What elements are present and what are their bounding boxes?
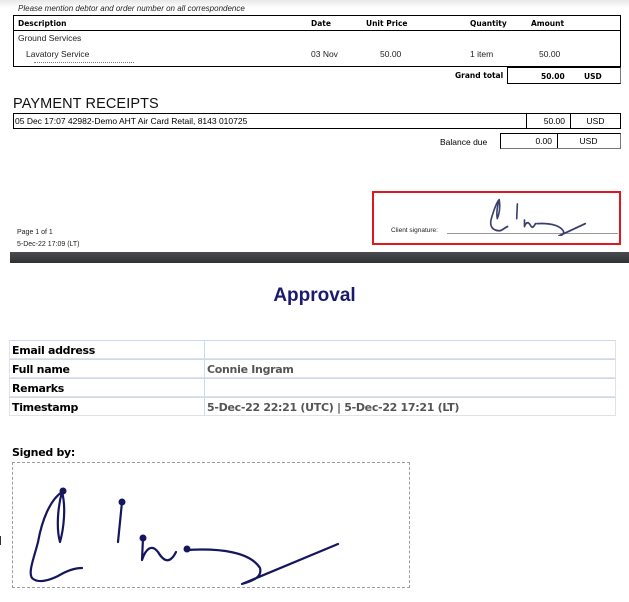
approval-row-email: Email address xyxy=(9,340,616,359)
row-amount: 50.00 xyxy=(539,49,560,59)
row-unit-price: 50.00 xyxy=(380,49,401,59)
cell-divider xyxy=(204,397,205,416)
margin-tick xyxy=(0,536,1,545)
group-name: Ground Services xyxy=(18,33,81,43)
receipt-description: 05 Dec 17:07 42982-Demo AHT Air Card Ret… xyxy=(15,116,247,126)
receipt-amount: 50.00 xyxy=(526,114,570,128)
approval-row-timestamp: Timestamp 5-Dec-22 22:21 (UTC) | 5-Dec-2… xyxy=(9,397,616,416)
approval-row-remarks: Remarks xyxy=(9,378,616,397)
grand-total-label: Grand total xyxy=(455,71,503,80)
signed-by-label: Signed by: xyxy=(12,446,75,459)
col-quantity: Quantity xyxy=(470,19,507,28)
balance-due-label: Balance due xyxy=(440,137,487,147)
client-signature-label: Client signature: xyxy=(391,227,438,234)
remarks-label: Remarks xyxy=(12,382,64,395)
approval-row-full-name: Full name Connie Ingram xyxy=(9,359,616,378)
balance-due-box: 0.00 USD xyxy=(500,133,621,149)
client-signature-image xyxy=(485,196,595,236)
timestamp-label: Timestamp xyxy=(12,401,78,414)
approval-title: Approval xyxy=(0,285,629,307)
col-description: Description xyxy=(18,19,67,28)
grand-total-value: 50.00 xyxy=(541,72,565,81)
row-quantity: 1 item xyxy=(470,49,493,59)
cell-divider xyxy=(204,378,205,397)
col-amount: Amount xyxy=(531,19,564,28)
invoice-table: Description Date Unit Price Quantity Amo… xyxy=(13,15,621,67)
row-date: 03 Nov xyxy=(311,49,338,59)
full-name-label: Full name xyxy=(12,363,70,376)
signature-image xyxy=(20,480,360,590)
payment-receipt-row: 05 Dec 17:07 42982-Demo AHT Air Card Ret… xyxy=(13,113,621,129)
balance-due-currency: USD xyxy=(557,134,619,148)
cut-off-text-fragment xyxy=(34,62,134,65)
full-name-value: Connie Ingram xyxy=(207,363,294,376)
grand-total-currency: USD xyxy=(584,72,602,81)
print-date: 5-Dec-22 17:09 (LT) xyxy=(17,241,80,248)
receipt-currency: USD xyxy=(570,114,620,128)
grand-total-box: 50.00 USD xyxy=(507,67,621,84)
invoice-table-header: Description Date Unit Price Quantity Amo… xyxy=(14,16,620,31)
email-label: Email address xyxy=(12,344,95,357)
timestamp-value: 5-Dec-22 22:21 (UTC) | 5-Dec-22 17:21 (L… xyxy=(207,401,459,414)
page-separator-bar xyxy=(10,252,629,263)
row-description: Lavatory Service xyxy=(26,49,89,59)
balance-due-value: 0.00 xyxy=(501,134,557,148)
cell-divider xyxy=(204,340,205,359)
payment-receipts-title: PAYMENT RECEIPTS xyxy=(13,96,159,112)
page-number: Page 1 of 1 xyxy=(17,229,53,236)
col-date: Date xyxy=(311,19,331,28)
cell-divider xyxy=(204,359,205,378)
correspondence-note: Please mention debtor and order number o… xyxy=(18,4,245,13)
approval-table: Email address Full name Connie Ingram Re… xyxy=(9,340,616,418)
col-unit-price: Unit Price xyxy=(366,19,408,28)
